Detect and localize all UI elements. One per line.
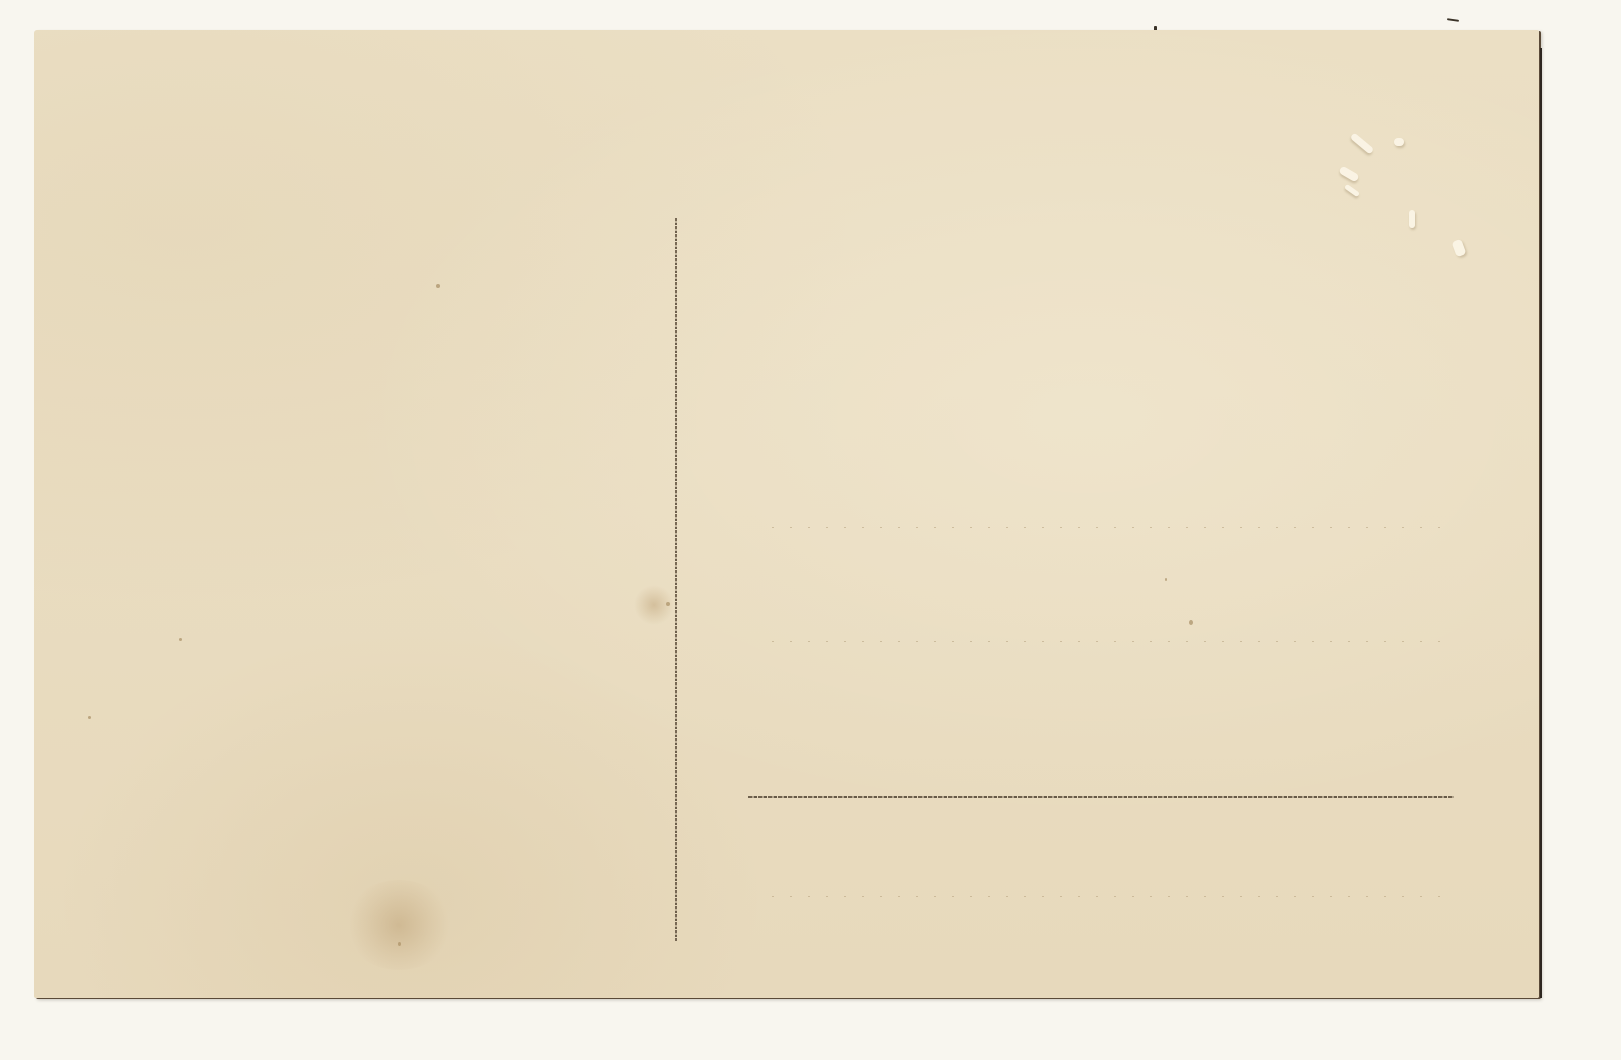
embossed-stamp-mark <box>1314 110 1484 260</box>
center-divider-line <box>675 218 677 941</box>
emboss-stroke <box>1452 239 1467 257</box>
emboss-stroke <box>1350 132 1374 154</box>
foxing-spot <box>88 716 91 719</box>
foxing-spot <box>1165 578 1167 581</box>
address-line-4 <box>772 896 1450 897</box>
address-line-3 <box>748 796 1454 798</box>
foxing-spot <box>436 284 440 288</box>
emboss-stroke <box>1344 184 1360 197</box>
emboss-stroke <box>1394 138 1404 146</box>
foxing-spot <box>179 638 182 641</box>
address-line-1 <box>772 527 1450 528</box>
foxing-spot <box>1189 620 1193 625</box>
stain-lower-left <box>344 880 454 970</box>
emboss-stroke <box>1409 210 1415 228</box>
address-line-2 <box>772 641 1450 642</box>
emboss-stroke <box>1338 166 1359 183</box>
postcard-back <box>34 30 1539 998</box>
stain-faint <box>634 585 674 625</box>
dust-speck <box>1447 18 1459 22</box>
